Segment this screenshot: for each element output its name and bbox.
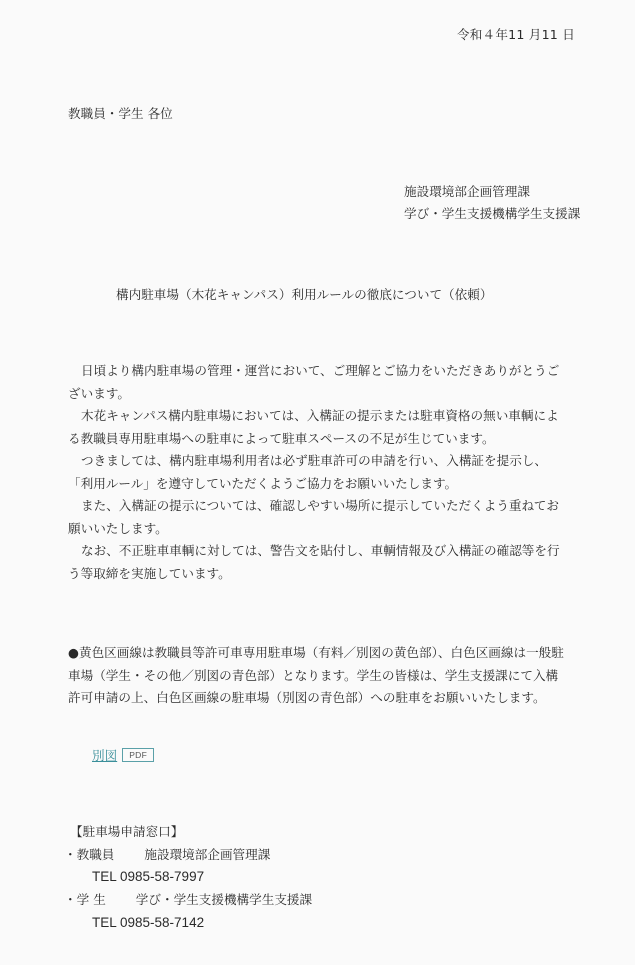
sender-student-support: 学び・学生支援機構学生支援課 <box>404 203 580 225</box>
notice-text: ●黄色区画線は教職員等許可車専用駐車場（有料／別図の黄色部）、白色区画線は一般駐… <box>68 642 565 710</box>
attachment-map-link[interactable]: 別図 <box>92 745 117 764</box>
pdf-badge-icon: PDF <box>122 748 154 762</box>
contact-label: ・学 生 <box>64 892 106 907</box>
contact-entry-staff: ・教職員施設環境部企画管理課 <box>64 844 312 867</box>
sender-block: 施設環境部企画管理課 学び・学生支援機構学生支援課 <box>404 181 580 225</box>
contact-tel-student: TEL 0985-58-7142 <box>68 912 312 935</box>
body-paragraph: 木花キャンパス構内駐車場においては、入構証の提示または駐車資格の無い車輌による教… <box>68 405 565 450</box>
recipient: 教職員・学生 各位 <box>68 103 173 122</box>
parking-zone-notice: ●黄色区画線は教職員等許可車専用駐車場（有料／別図の黄色部）、白色区画線は一般駐… <box>68 642 565 710</box>
sender-facilities-dept: 施設環境部企画管理課 <box>404 181 580 203</box>
document-date: 令和４年11 月11 日 <box>457 24 575 43</box>
contact-office: 学び・学生支援機構学生支援課 <box>136 892 312 907</box>
contact-label: ・教職員 <box>64 847 114 862</box>
contact-tel-staff: TEL 0985-58-7997 <box>68 866 312 889</box>
contact-entry-student: ・学 生学び・学生支援機構学生支援課 <box>64 889 312 912</box>
contact-office: 施設環境部企画管理課 <box>144 847 270 862</box>
contact-section: 【駐車場申請窓口】 ・教職員施設環境部企画管理課 TEL 0985-58-799… <box>68 821 312 935</box>
body-paragraph: 日頃より構内駐車場の管理・運営において、ご理解とご協力をいただきありがとうござい… <box>68 360 565 405</box>
body-paragraph: また、入構証の提示については、確認しやすい場所に提示していただくよう重ねてお願い… <box>68 495 565 540</box>
body-paragraph: つきましては、構内駐車場利用者は必ず駐車許可の申請を行い、入構証を提示し、「利用… <box>68 450 565 495</box>
document-body: 日頃より構内駐車場の管理・運営において、ご理解とご協力をいただきありがとうござい… <box>68 360 565 585</box>
document-subject: 構内駐車場（木花キャンパス）利用ルールの徹底について（依頼） <box>116 284 492 303</box>
contact-title: 【駐車場申請窓口】 <box>68 821 312 844</box>
body-paragraph: なお、不正駐車車輌に対しては、警告文を貼付し、車輌情報及び入構証の確認等を行う等… <box>68 540 565 585</box>
attachment: 別図 PDF <box>92 745 154 764</box>
